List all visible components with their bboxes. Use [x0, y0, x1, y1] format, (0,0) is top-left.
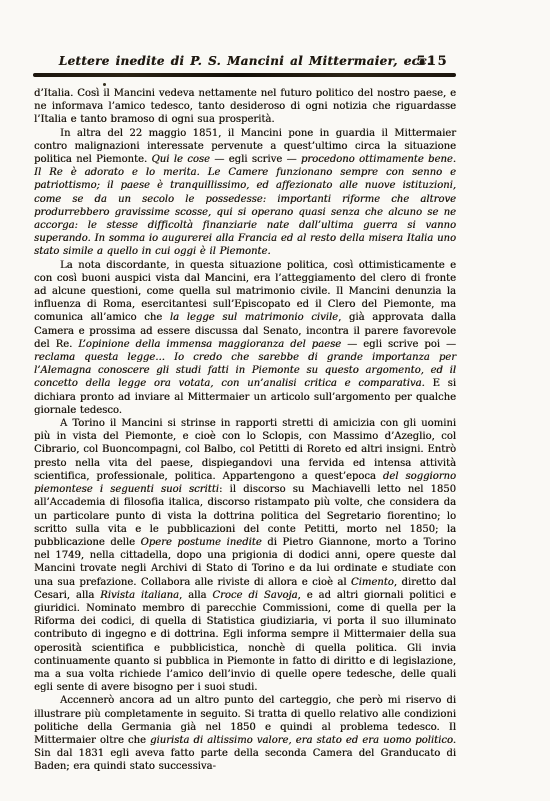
text-run-italic: L’opinione della immensa maggioranza del…: [78, 339, 347, 350]
text-run-roman: d’Italia. Così il Mancini vedeva nettame…: [34, 88, 456, 125]
text-run-italic: procedono ottimamente bene. Il Re è ador…: [34, 154, 456, 257]
paragraph: La nota discordante, in questa situazion…: [34, 259, 456, 417]
text-run-italic: giurista di altissimo valore, era stato …: [150, 735, 456, 746]
page-number: 515: [416, 54, 448, 69]
header-rule: [33, 73, 456, 77]
text-run-italic: reclama questa legge... Io credo che sar…: [34, 352, 456, 389]
ink-speck: [103, 83, 106, 86]
paragraph: Accennerò ancora ad un altro punto del c…: [34, 694, 456, 773]
paragraph: d’Italia. Così il Mancini vedeva nettame…: [34, 87, 456, 127]
text-run-roman: , e ad altri giornali politici e giuridi…: [34, 590, 456, 693]
paragraph: In altra del 22 maggio 1851, il Mancini …: [34, 127, 456, 259]
text-run-italic: Rivista italiana: [100, 590, 179, 601]
page-body: d’Italia. Così il Mancini vedeva nettame…: [34, 87, 456, 774]
paragraph: A Torino il Mancini si strinse in rappor…: [34, 417, 456, 694]
text-run-roman: — egli scrive poi —: [347, 339, 456, 350]
text-run-roman: , alla: [179, 590, 212, 601]
book-page: Lettere inedite di P. S. Mancini al Mitt…: [0, 0, 550, 801]
text-run-italic: Qui le cose: [151, 154, 214, 165]
text-run-italic: la legge sul matrimonio civile: [170, 312, 338, 323]
running-header: Lettere inedite di P. S. Mancini al Mitt…: [34, 54, 456, 70]
text-run-roman: Sin dal 1831 egli aveva fatto parte dell…: [34, 748, 456, 772]
text-run-italic: Croce di Savoja: [212, 590, 297, 601]
text-run-roman: — egli scrive —: [214, 154, 301, 165]
header-title: Lettere inedite di P. S. Mancini al Mitt…: [34, 54, 456, 68]
text-run-italic: Cimento: [351, 577, 394, 588]
text-run-italic: Opere postume inedite: [141, 537, 262, 548]
